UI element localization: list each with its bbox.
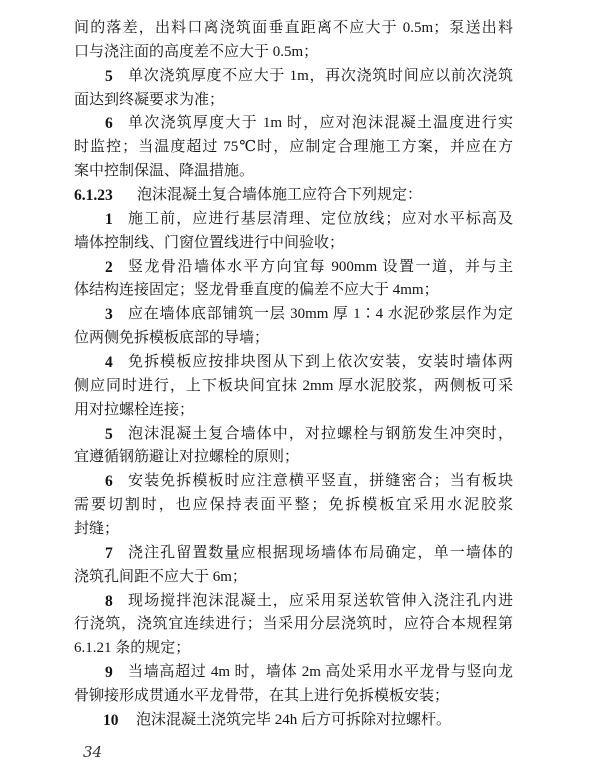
text-line: 间的落差，出料口离浇筑面垂直距离不应大于 0.5m；泵送出料 [74, 17, 513, 41]
item-number: 6 [105, 112, 128, 136]
text-line: 需要切割时，也应保持表面平整；免拆模板宜采用水泥胶浆 [74, 494, 513, 518]
item-text: 泡沫混凝土浇筑完毕 24h 后方可拆除对拉螺杆。 [136, 709, 513, 733]
list-item-line: 7 浇注孔留置数量应根据现场墙体布局确定，单一墙体的 [74, 542, 513, 566]
item-number: 9 [105, 661, 128, 685]
item-number: 6 [105, 470, 128, 494]
item-text: 安装免拆模板时应注意横平竖直，拼缝密合；当有板块 [128, 470, 513, 494]
text-line: 骨铆接形成贯通水平龙骨带，在其上进行免拆模板安装； [74, 685, 513, 709]
item-number: 3 [105, 303, 128, 327]
list-item-line: 8 现场搅拌泡沫混凝土，应采用泵送软管伸入浇注孔内进 [74, 590, 513, 614]
text-line: 侧应同时进行，上下板块间宜抹 2mm 厚水泥胶浆，两侧板可采 [74, 375, 513, 399]
list-item-line: 5 单次浇筑厚度不应大于 1m，再次浇筑时间应以前次浇筑 [74, 65, 513, 89]
item-text: 应在墙体底部铺筑一层 30mm 厚 1∶4 水泥砂浆层作为定 [128, 303, 513, 327]
body-text: 间的落差，出料口离浇筑面垂直距离不应大于 0.5m；泵送出料 口与浇注面的高度差… [74, 17, 513, 733]
item-text: 竖龙骨沿墙体水平方向宜每 900mm 设置一道，并与主 [128, 256, 513, 280]
item-text: 当墙高超过 4m 时，墙体 2m 高处采用水平龙骨与竖向龙 [128, 661, 513, 685]
item-text: 单次浇筑厚度不应大于 1m，再次浇筑时间应以前次浇筑 [128, 65, 513, 89]
item-text: 免拆模板应按排块图从下到上依次安装，安装时墙体两 [128, 351, 513, 375]
list-item-line: 1 施工前，应进行基层清理、定位放线；应对水平标高及 [74, 208, 513, 232]
text-line: 封缝； [74, 518, 513, 542]
item-text: 泡沫混凝土复合墙体中，对拉螺栓与钢筋发生冲突时， [128, 423, 513, 447]
page-number: 34 [83, 741, 102, 763]
document-page: 间的落差，出料口离浇筑面垂直距离不应大于 0.5m；泵送出料 口与浇注面的高度差… [0, 0, 600, 773]
text-line: 时监控；当温度超过 75℃时，应制定合理施工方案，并应在方 [74, 136, 513, 160]
text-line: 体结构连接固定；竖龙骨垂直度的偏差不应大于 4mm； [74, 279, 513, 303]
item-number: 2 [105, 256, 128, 280]
list-item-line: 6 安装免拆模板时应注意横平竖直，拼缝密合；当有板块 [74, 470, 513, 494]
item-text: 浇注孔留置数量应根据现场墙体布局确定，单一墙体的 [128, 542, 513, 566]
text-line: 案中控制保温、降温措施。 [74, 160, 513, 184]
list-item-line: 10 泡沫混凝土浇筑完毕 24h 后方可拆除对拉螺杆。 [74, 709, 513, 733]
item-text: 现场搅拌泡沫混凝土，应采用泵送软管伸入浇注孔内进 [128, 590, 513, 614]
list-item-line: 6 单次浇筑厚度大于 1m 时，应对泡沫混凝土温度进行实 [74, 112, 513, 136]
list-item-line: 5 泡沫混凝土复合墙体中，对拉螺栓与钢筋发生冲突时， [74, 423, 513, 447]
item-text: 单次浇筑厚度大于 1m 时，应对泡沫混凝土温度进行实 [128, 112, 513, 136]
text-line: 用对拉螺栓连接； [74, 399, 513, 423]
item-text: 施工前，应进行基层清理、定位放线；应对水平标高及 [128, 208, 513, 232]
text-line: 浇筑孔间距不应大于 6m； [74, 566, 513, 590]
clause-text: 泡沫混凝土复合墙体施工应符合下列规定： [137, 184, 513, 208]
text-line: 6.1.21 条的规定； [74, 637, 513, 661]
list-item-line: 3 应在墙体底部铺筑一层 30mm 厚 1∶4 水泥砂浆层作为定 [74, 303, 513, 327]
item-number: 1 [105, 208, 128, 232]
text-line: 墙体控制线、门窗位置线进行中间验收； [74, 232, 513, 256]
text-line: 面达到终凝要求为准； [74, 89, 513, 113]
list-item-line: 2 竖龙骨沿墙体水平方向宜每 900mm 设置一道，并与主 [74, 256, 513, 280]
list-item-line: 4 免拆模板应按排块图从下到上依次安装，安装时墙体两 [74, 351, 513, 375]
item-number: 7 [105, 542, 128, 566]
text-line: 行浇筑，浇筑宜连续进行；当采用分层浇筑时，应符合本规程第 [74, 613, 513, 637]
item-number: 5 [105, 423, 128, 447]
text-line: 位两侧免拆模板底部的导墙； [74, 327, 513, 351]
item-number: 10 [103, 709, 136, 733]
clause-heading: 6.1.23 泡沫混凝土复合墙体施工应符合下列规定： [74, 184, 513, 208]
item-number: 8 [105, 590, 128, 614]
list-item-line: 9 当墙高超过 4m 时，墙体 2m 高处采用水平龙骨与竖向龙 [74, 661, 513, 685]
item-number: 4 [105, 351, 128, 375]
text-line: 宜遵循钢筋避让对拉螺栓的原则； [74, 446, 513, 470]
item-number: 5 [105, 65, 128, 89]
clause-number: 6.1.23 [74, 184, 137, 208]
text-line: 口与浇注面的高度差不应大于 0.5m； [74, 41, 513, 65]
